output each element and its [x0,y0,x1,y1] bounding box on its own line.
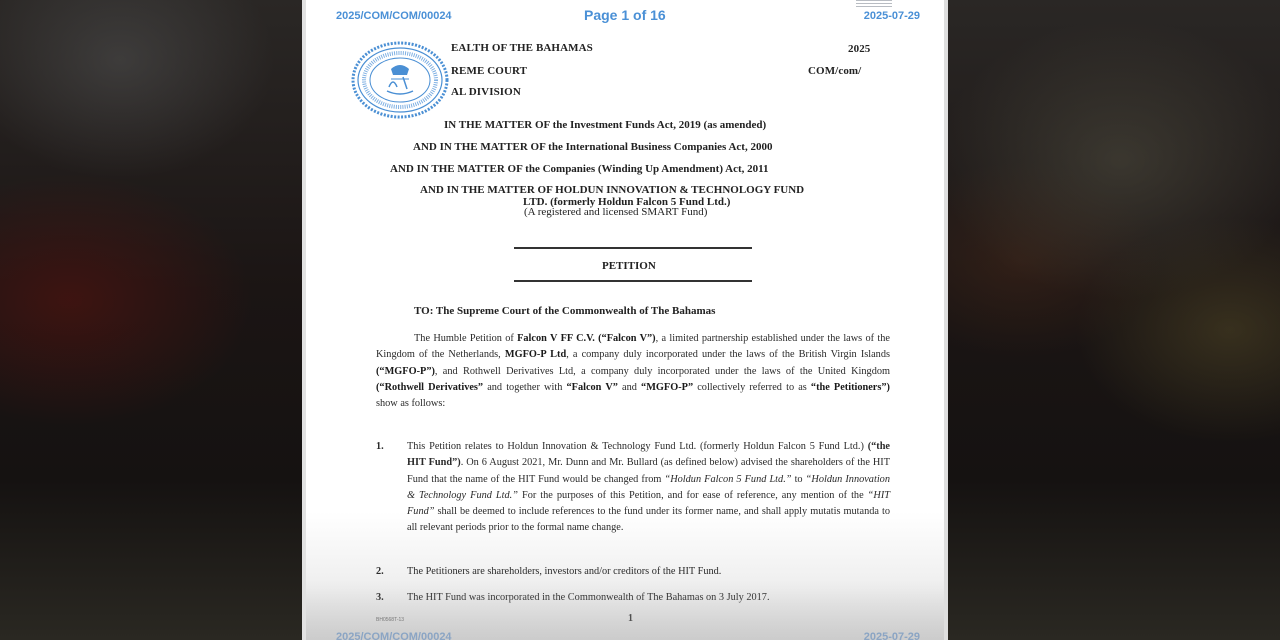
filing-date: 2025-07-29 [864,10,920,22]
title-rule-bottom [514,280,752,282]
document-reference: BH0568T-13 [376,617,404,623]
intro-paragraph: The Humble Petition of Falcon V FF C.V. … [376,331,890,412]
addressee: TO: The Supreme Court of the Commonwealt… [414,305,715,317]
next-page-case-number: 2025/COM/COM/00024 [336,631,452,640]
case-reference: COM/com/ [808,65,861,77]
list-item: 1. This Petition relates to Holdun Innov… [376,439,890,537]
matter-3: AND IN THE MATTER OF the Companies (Wind… [390,163,769,175]
court-heading-line1: EALTH OF THE BAHAMAS [451,42,593,54]
matter-1: IN THE MATTER OF the Investment Funds Ac… [444,119,766,131]
matter-4-line3: (A registered and licensed SMART Fund) [524,206,707,218]
court-heading-line3: AL DIVISION [451,86,521,98]
title-rule-top [514,247,752,249]
list-item: 2. The Petitioners are shareholders, inv… [376,564,890,580]
matter-2: AND IN THE MATTER OF the International B… [413,141,772,153]
page-indicator: Page 1 of 16 [584,7,666,23]
case-year: 2025 [848,43,870,55]
next-page-date: 2025-07-29 [864,631,920,640]
court-heading-line2: REME COURT [451,65,527,77]
matter-4-line1: AND IN THE MATTER OF HOLDUN INNOVATION &… [420,184,804,196]
filing-stamp [856,0,892,9]
court-seal-icon [351,41,449,119]
document-title: PETITION [602,260,656,272]
case-number: 2025/COM/COM/00024 [336,10,452,22]
list-item: 3. The HIT Fund was incorporated in the … [376,590,890,606]
page-number: 1 [628,613,633,624]
document-page: 2025/COM/COM/00024 Page 1 of 16 2025-07-… [302,0,948,640]
blurred-background-right [948,0,1280,640]
page-header: 2025/COM/COM/00024 Page 1 of 16 2025-07-… [336,7,920,25]
blurred-background-left [0,0,302,640]
